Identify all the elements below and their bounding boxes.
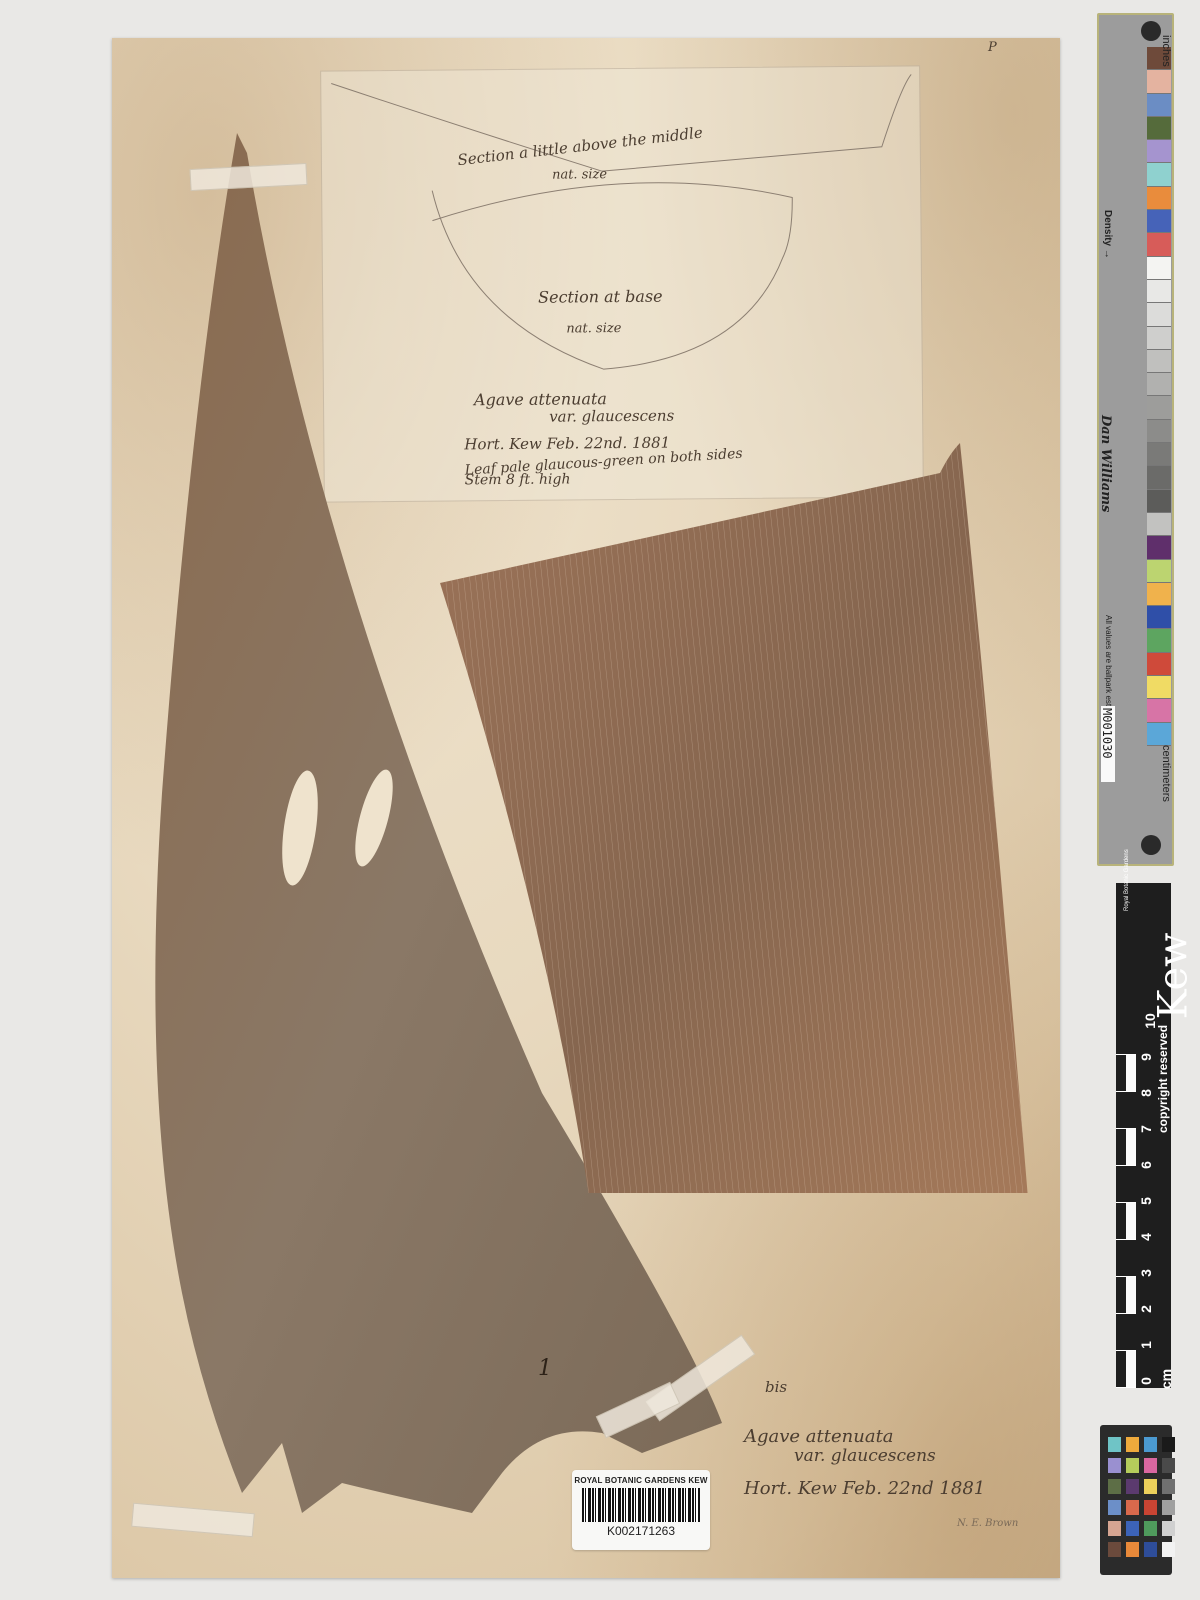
color-swatch xyxy=(1147,420,1171,443)
color-swatch xyxy=(1147,140,1171,163)
mini-swatch xyxy=(1126,1542,1139,1557)
color-swatch xyxy=(1147,117,1171,140)
color-swatch xyxy=(1147,163,1171,186)
color-swatch xyxy=(1147,396,1171,419)
institution-label: ROYAL BOTANIC GARDENS KEW xyxy=(572,1476,710,1485)
color-swatch xyxy=(1147,327,1171,350)
ruler-cell xyxy=(1116,1055,1136,1092)
mini-swatch xyxy=(1108,1542,1121,1557)
ruler-cell xyxy=(1116,1240,1136,1277)
copyright-label: copyright reserved xyxy=(1156,1025,1170,1133)
color-swatch xyxy=(1147,443,1171,466)
ruler-cell xyxy=(1116,1203,1136,1240)
ruler-tick-label: 9 xyxy=(1138,1053,1154,1061)
mini-swatch xyxy=(1162,1521,1175,1536)
ruler-cell xyxy=(1116,1166,1136,1203)
mini-swatch xyxy=(1144,1458,1157,1473)
ruler-cell xyxy=(1116,1314,1136,1351)
mini-swatch xyxy=(1108,1521,1121,1536)
collector-signature: N. E. Brown xyxy=(957,1518,1018,1529)
chart-id: M001030 xyxy=(1100,708,1114,759)
color-swatch xyxy=(1147,699,1171,722)
mini-swatch xyxy=(1126,1521,1139,1536)
color-swatch xyxy=(1147,676,1171,699)
mini-swatch xyxy=(1108,1479,1121,1494)
color-swatch xyxy=(1147,490,1171,513)
mini-swatch xyxy=(1108,1437,1121,1452)
color-swatch xyxy=(1147,536,1171,559)
registration-dot-icon xyxy=(1141,835,1161,855)
color-swatch xyxy=(1147,257,1171,280)
color-swatch xyxy=(1147,560,1171,583)
mini-swatch xyxy=(1126,1437,1139,1452)
color-swatch xyxy=(1147,280,1171,303)
color-swatch xyxy=(1147,583,1171,606)
mini-swatch xyxy=(1144,1437,1157,1452)
ruler-cell xyxy=(1116,1351,1136,1388)
main-label-name-2: var. glaucescens xyxy=(794,1446,936,1466)
mini-swatch xyxy=(1144,1500,1157,1515)
color-swatch xyxy=(1147,466,1171,489)
mini-swatch xyxy=(1144,1542,1157,1557)
color-swatch xyxy=(1147,373,1171,396)
ruler-tick-label: 5 xyxy=(1138,1197,1154,1205)
leaf-specimen-base xyxy=(430,433,1050,1193)
color-swatch xyxy=(1147,210,1171,233)
main-label-locality: Hort. Kew Feb. 22nd 1881 xyxy=(744,1478,985,1499)
ruler-cell xyxy=(1116,1092,1136,1129)
ruler-unit: cm xyxy=(1158,1369,1174,1389)
centimeters-label: centimeters xyxy=(1160,745,1172,802)
mini-swatch xyxy=(1162,1437,1175,1452)
barcode-number: K002171263 xyxy=(572,1524,710,1538)
inches-label: inches xyxy=(1160,35,1172,67)
kew-scale-ruler: Kew Royal Botanic Gardens 012345678910cm… xyxy=(1116,883,1171,1388)
color-swatch xyxy=(1147,303,1171,326)
mini-swatch xyxy=(1144,1521,1157,1536)
ruler-tick-label: 2 xyxy=(1138,1305,1154,1313)
mini-swatch xyxy=(1162,1542,1175,1557)
mini-color-checker xyxy=(1100,1425,1172,1575)
ruler-cell xyxy=(1116,1277,1136,1314)
color-swatch xyxy=(1147,513,1171,536)
mini-swatch xyxy=(1126,1458,1139,1473)
ruler-tick-label: 6 xyxy=(1138,1161,1154,1169)
mini-swatch xyxy=(1162,1479,1175,1494)
color-swatch xyxy=(1147,606,1171,629)
color-swatch xyxy=(1147,629,1171,652)
color-swatch xyxy=(1147,94,1171,117)
mini-swatch xyxy=(1126,1479,1139,1494)
corner-mark: P xyxy=(988,40,997,55)
mini-color-swatches xyxy=(1108,1437,1175,1557)
ruler-tick-label: 0 xyxy=(1138,1377,1154,1385)
herbarium-sheet: Section a little above the middle nat. s… xyxy=(112,38,1060,1578)
barcode-icon xyxy=(582,1488,700,1522)
color-swatch xyxy=(1147,187,1171,210)
ruler-tick-label: 1 xyxy=(1138,1341,1154,1349)
bis-mark: bis xyxy=(765,1378,787,1396)
registration-dot-icon xyxy=(1141,21,1161,41)
ruler-tick-label: 7 xyxy=(1138,1125,1154,1133)
color-swatch xyxy=(1147,233,1171,256)
mini-swatch xyxy=(1144,1479,1157,1494)
ruler-tick-label: 8 xyxy=(1138,1089,1154,1097)
mini-swatch xyxy=(1108,1458,1121,1473)
color-swatch xyxy=(1147,723,1171,746)
color-swatch xyxy=(1147,653,1171,676)
density-label: Density → xyxy=(1102,210,1113,259)
mini-swatch xyxy=(1162,1458,1175,1473)
mini-swatch xyxy=(1126,1500,1139,1515)
kew-logo: Kew xyxy=(1150,933,1196,1020)
ruler-cell xyxy=(1116,1129,1136,1166)
chart-id-tag: M001030 xyxy=(1101,706,1115,782)
kew-subtitle: Royal Botanic Gardens xyxy=(1124,849,1130,911)
sheet-number-mark: 1 xyxy=(538,1356,552,1381)
main-label-name-1: Agave attenuata xyxy=(744,1426,894,1447)
color-swatches xyxy=(1147,47,1171,746)
ruler-tick-label: 4 xyxy=(1138,1233,1154,1241)
color-swatch xyxy=(1147,350,1171,373)
mini-swatch xyxy=(1162,1500,1175,1515)
ruler-tick-label: 3 xyxy=(1138,1269,1154,1277)
ruler-scale xyxy=(1116,1018,1136,1388)
color-swatch xyxy=(1147,70,1171,93)
ruler-cell xyxy=(1116,1018,1136,1055)
barcode-label: ROYAL BOTANIC GARDENS KEW K002171263 xyxy=(572,1470,710,1550)
brand-label: Dan Williams xyxy=(1098,415,1113,512)
mini-swatch xyxy=(1108,1500,1121,1515)
